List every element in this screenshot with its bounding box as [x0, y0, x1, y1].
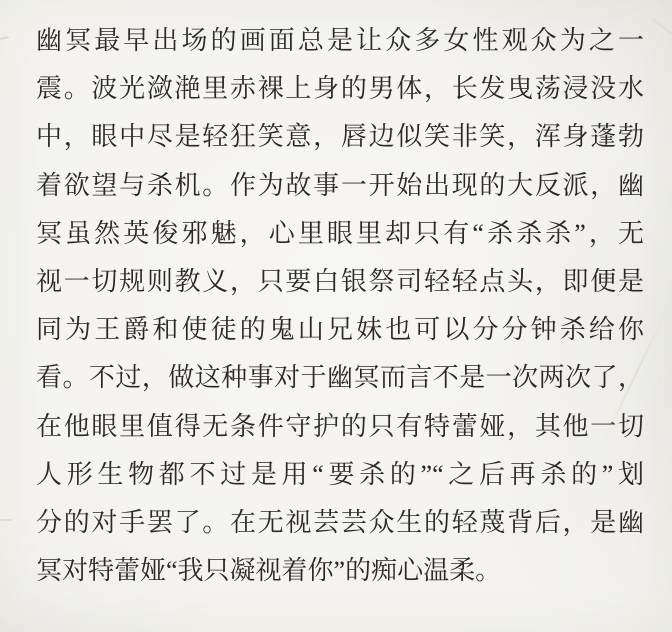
text-line-9: 在他眼里值得无条件守护的只有特蕾娅，其他一切: [36, 403, 644, 451]
text-line-6: 视一切规则教义，只要白银祭司轻轻点头，即便是: [36, 258, 644, 306]
text-line-7: 同为王爵和使徒的鬼山兄妹也可以分分钟杀给你: [36, 306, 644, 354]
book-page: 幽冥最早出场的画面总是让众多女性观众为之一 震。波光潋滟里赤裸上身的男体，长发曳…: [0, 0, 672, 632]
text-line-5: 冥虽然英俊邪魅，心里眼里却只有“杀杀杀”，无: [36, 210, 644, 258]
text-line-8: 看。不过，做这种事对于幽冥而言不是一次两次了，: [36, 354, 644, 402]
scan-mark-left-top: [0, 36, 9, 40]
paragraph-block: 幽冥最早出场的画面总是让众多女性观众为之一 震。波光潋滟里赤裸上身的男体，长发曳…: [36, 17, 644, 595]
text-line-1: 幽冥最早出场的画面总是让众多女性观众为之一: [36, 17, 644, 65]
text-line-10: 人形生物都不过是用“要杀的”“之后再杀的”划: [36, 451, 644, 499]
scan-mark-top-right: [652, 18, 672, 36]
text-line-11: 分的对手罢了。在无视芸芸众生的轻蔑背后，是幽: [36, 499, 644, 547]
text-line-4: 着欲望与杀机。作为故事一开始出现的大反派，幽: [36, 162, 644, 210]
text-line-12: 冥对特蕾娅“我只凝视着你”的痴心温柔。: [36, 547, 644, 595]
text-line-3: 中，眼中尽是轻狂笑意，唇边似笑非笑，浑身蓬勃: [36, 113, 644, 161]
text-line-2: 震。波光潋滟里赤裸上身的男体，长发曳荡浸没水: [36, 65, 644, 113]
scan-mark-left-bottom: [0, 519, 12, 521]
